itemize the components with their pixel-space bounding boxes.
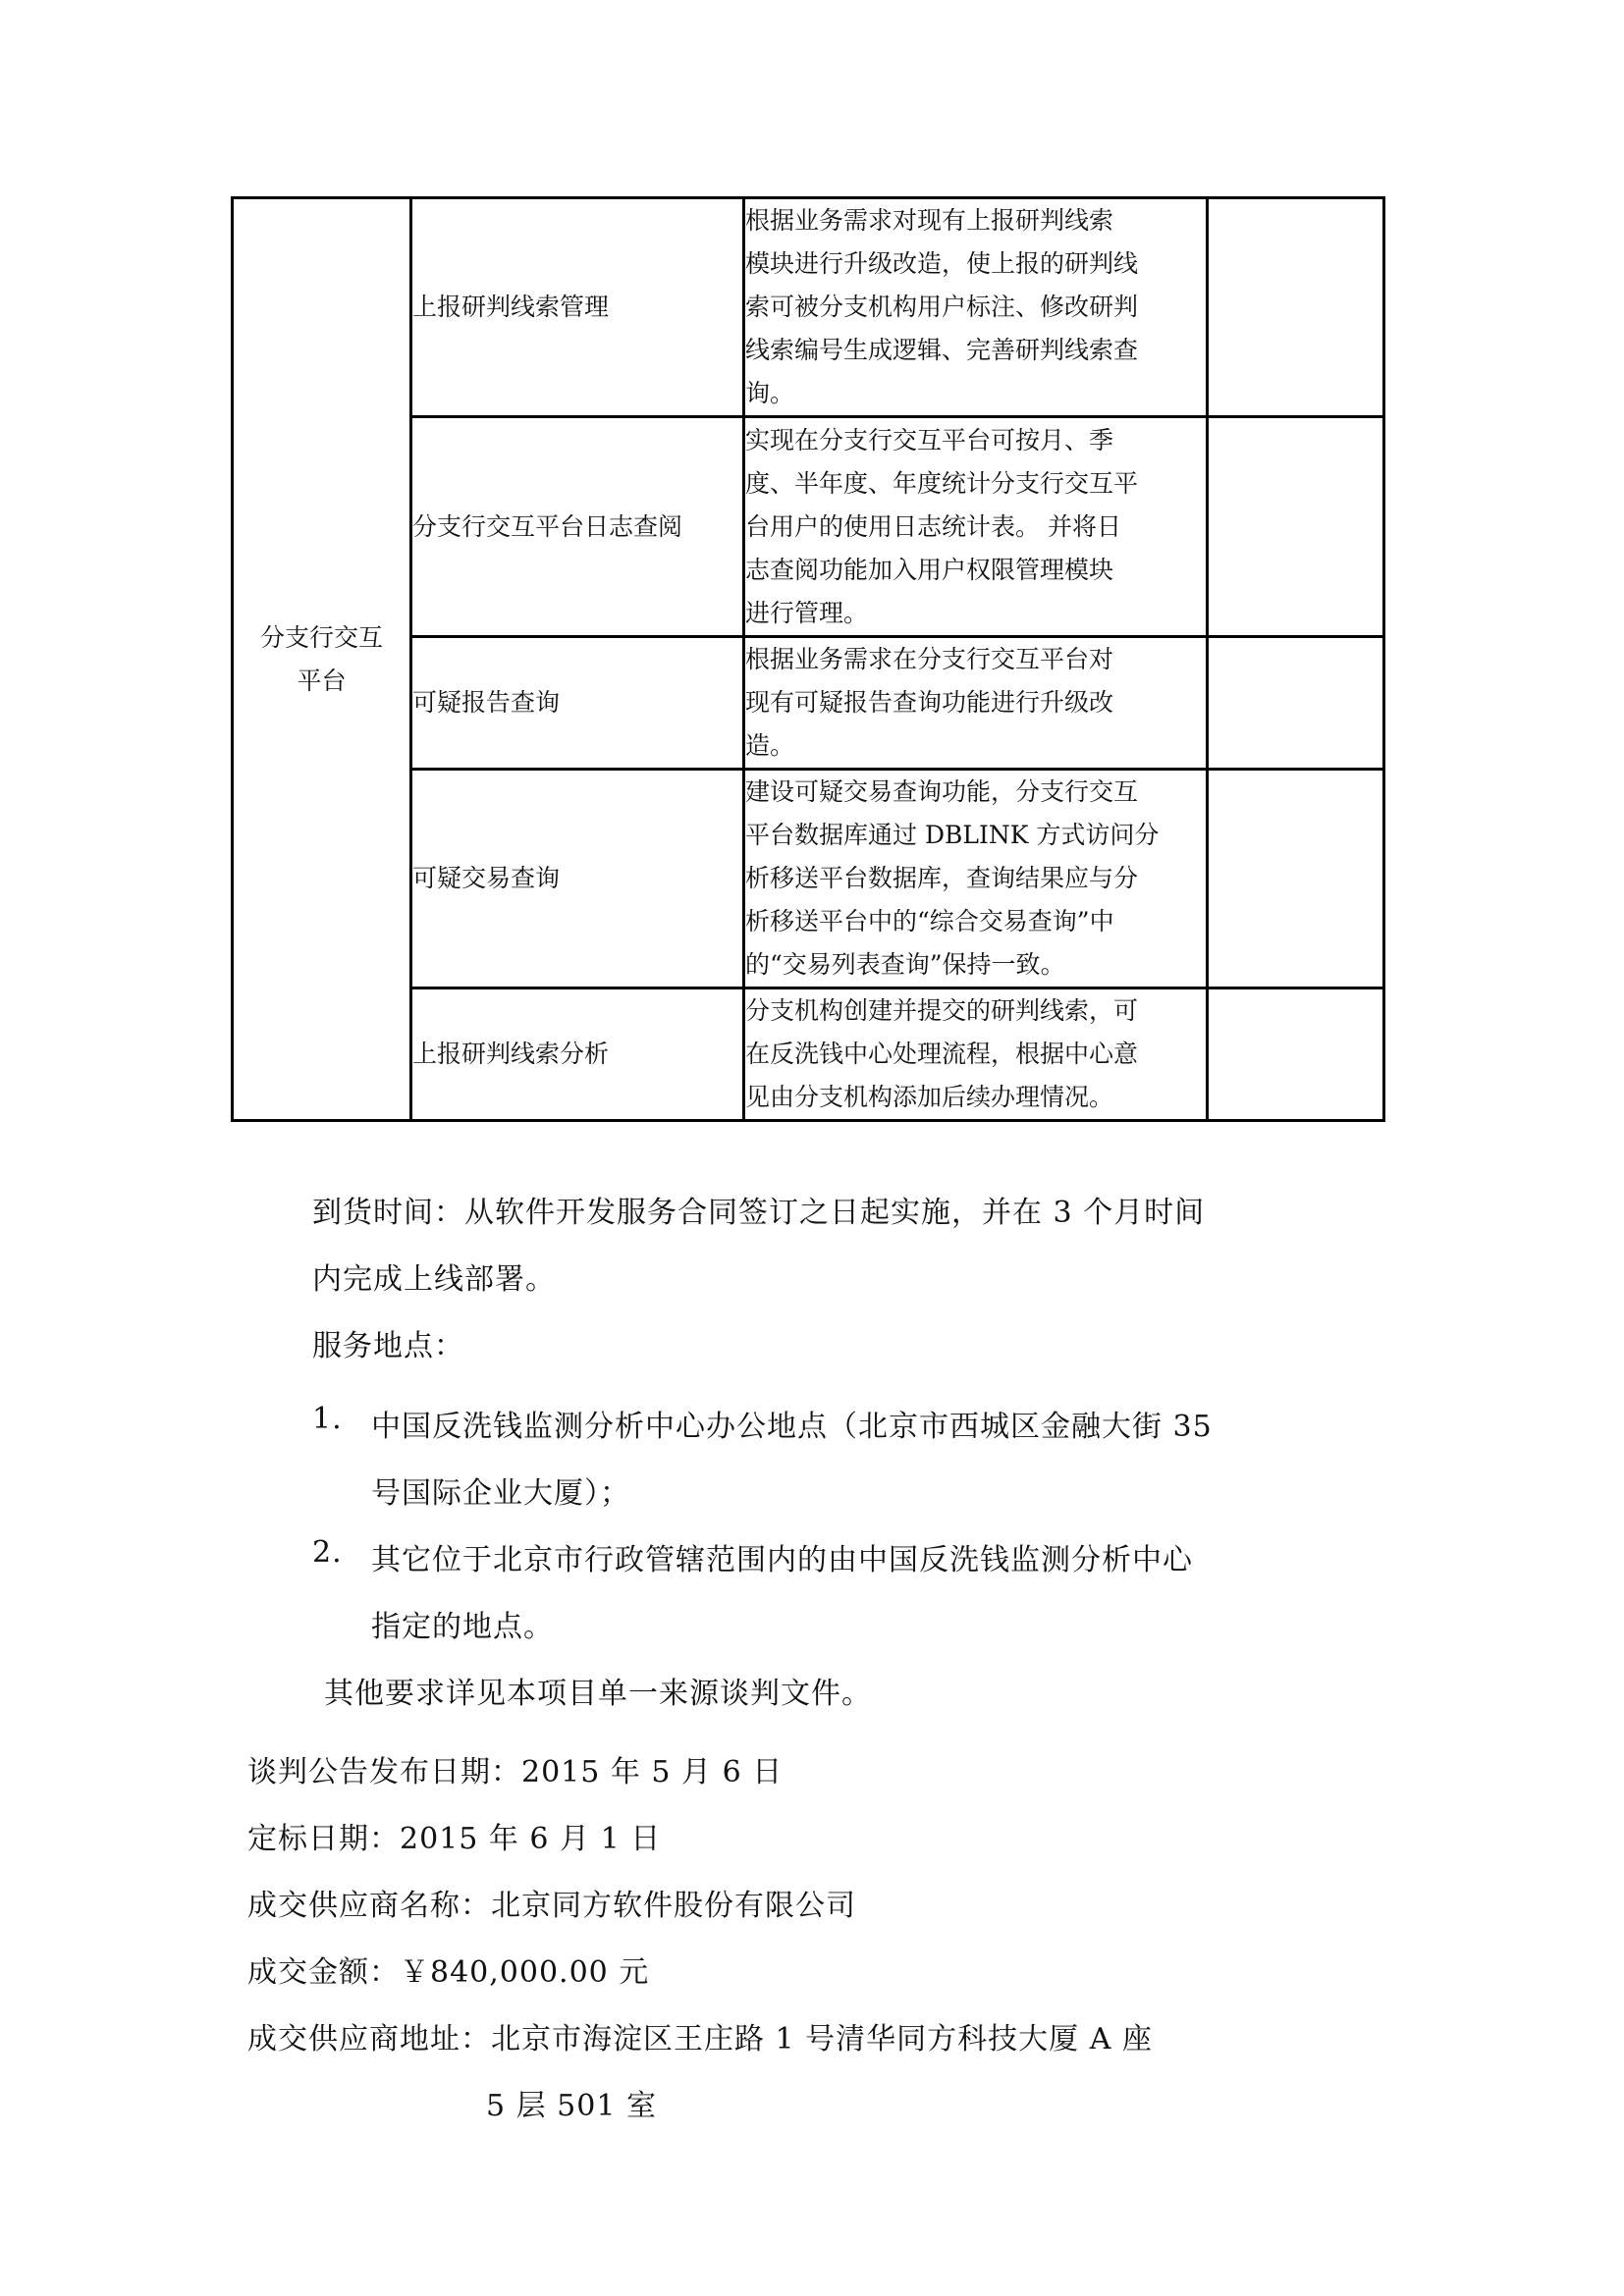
description-cell: 建设可疑交易查询功能，分支行交互 平台数据库通过 DBLINK 方式访问分 析移… — [744, 770, 1208, 988]
delivery-time-line-2: 内完成上线部署。 — [312, 1255, 556, 1298]
requirements-table: 分支行交互 平台 上报研判线索管理 根据业务需求对现有上报研判线索 模块进行升级… — [231, 196, 1385, 1122]
description-line: 度、半年度、年度统计分支行交互平 — [745, 462, 1206, 506]
delivery-time-line-1: 到货时间：从软件开发服务合同签订之日起实施，并在 3 个月时间 — [312, 1188, 1205, 1231]
description-line: 析移送平台数据库，查询结果应与分 — [745, 857, 1206, 900]
note-cell — [1208, 988, 1384, 1121]
description-line: 平台数据库通过 DBLINK 方式访问分 — [745, 814, 1206, 857]
note-cell — [1208, 417, 1384, 637]
description-line: 根据业务需求对现有上报研判线索 — [745, 199, 1206, 242]
category-label-line: 平台 — [234, 660, 409, 703]
description-line: 现有可疑报告查询功能进行升级改 — [745, 681, 1206, 724]
description-line: 进行管理。 — [745, 592, 1206, 635]
location-number: 1. — [312, 1402, 343, 1436]
item-cell: 可疑报告查询 — [411, 637, 744, 770]
document-page: 分支行交互 平台 上报研判线索管理 根据业务需求对现有上报研判线索 模块进行升级… — [0, 0, 1624, 2296]
description-line: 实现在分支行交互平台可按月、季 — [745, 419, 1206, 462]
description-cell: 实现在分支行交互平台可按月、季 度、半年度、年度统计分支行交互平 台用户的使用日… — [744, 417, 1208, 637]
description-line: 线索编号生成逻辑、完善研判线索查 — [745, 329, 1206, 372]
award-date: 定标日期：2015 年 6 月 1 日 — [247, 1814, 661, 1857]
description-line: 索可被分支机构用户标注、修改研判 — [745, 286, 1206, 329]
description-line: 志查阅功能加入用户权限管理模块 — [745, 549, 1206, 592]
location-line: 其它位于北京市行政管辖范围内的由中国反洗钱监测分析中心 — [371, 1535, 1193, 1578]
item-cell: 上报研判线索管理 — [411, 198, 744, 417]
category-cell: 分支行交互 平台 — [233, 198, 411, 1121]
category-label-line: 分支行交互 — [234, 616, 409, 660]
description-line: 台用户的使用日志统计表。 并将日 — [745, 506, 1206, 549]
location-number: 2. — [312, 1535, 343, 1570]
note-cell — [1208, 637, 1384, 770]
item-cell: 分支行交互平台日志查阅 — [411, 417, 744, 637]
description-line: 模块进行升级改造，使上报的研判线 — [745, 242, 1206, 286]
item-cell: 可疑交易查询 — [411, 770, 744, 988]
description-cell: 根据业务需求对现有上报研判线索 模块进行升级改造，使上报的研判线 索可被分支机构… — [744, 198, 1208, 417]
item-cell: 上报研判线索分析 — [411, 988, 744, 1121]
location-line: 号国际企业大厦）； — [371, 1468, 630, 1512]
description-cell: 根据业务需求在分支行交互平台对 现有可疑报告查询功能进行升级改 造。 — [744, 637, 1208, 770]
description-line: 在反洗钱中心处理流程，根据中心意 — [745, 1033, 1206, 1076]
description-line: 析移送平台中的“综合交易查询”中 — [745, 900, 1206, 943]
service-location-label: 服务地点： — [312, 1321, 464, 1364]
note-cell — [1208, 198, 1384, 417]
supplier-name: 成交供应商名称：北京同方软件股份有限公司 — [247, 1881, 856, 1924]
location-line: 中国反洗钱监测分析中心办公地点（北京市西城区金融大街 35 — [371, 1402, 1213, 1445]
description-line: 分支机构创建并提交的研判线索，可 — [745, 989, 1206, 1033]
other-requirements: 其他要求详见本项目单一来源谈判文件。 — [324, 1669, 872, 1712]
description-line: 根据业务需求在分支行交互平台对 — [745, 638, 1206, 681]
announce-date: 谈判公告发布日期：2015 年 5 月 6 日 — [247, 1747, 783, 1790]
table-row: 分支行交互 平台 上报研判线索管理 根据业务需求对现有上报研判线索 模块进行升级… — [233, 198, 1384, 417]
supplier-address-line-1: 成交供应商地址：北京市海淀区王庄路 1 号清华同方科技大厦 A 座 — [247, 2014, 1153, 2057]
description-line: 询。 — [745, 372, 1206, 415]
description-line: 的“交易列表查询”保持一致。 — [745, 943, 1206, 987]
location-line: 指定的地点。 — [371, 1602, 554, 1645]
description-line: 造。 — [745, 724, 1206, 768]
note-cell — [1208, 770, 1384, 988]
description-line: 建设可疑交易查询功能，分支行交互 — [745, 771, 1206, 814]
award-amount: 成交金额：￥840,000.00 元 — [247, 1948, 649, 1991]
description-cell: 分支机构创建并提交的研判线索，可 在反洗钱中心处理流程，根据中心意 见由分支机构… — [744, 988, 1208, 1121]
supplier-address-line-2: 5 层 501 室 — [486, 2081, 657, 2124]
description-line: 见由分支机构添加后续办理情况。 — [745, 1076, 1206, 1119]
